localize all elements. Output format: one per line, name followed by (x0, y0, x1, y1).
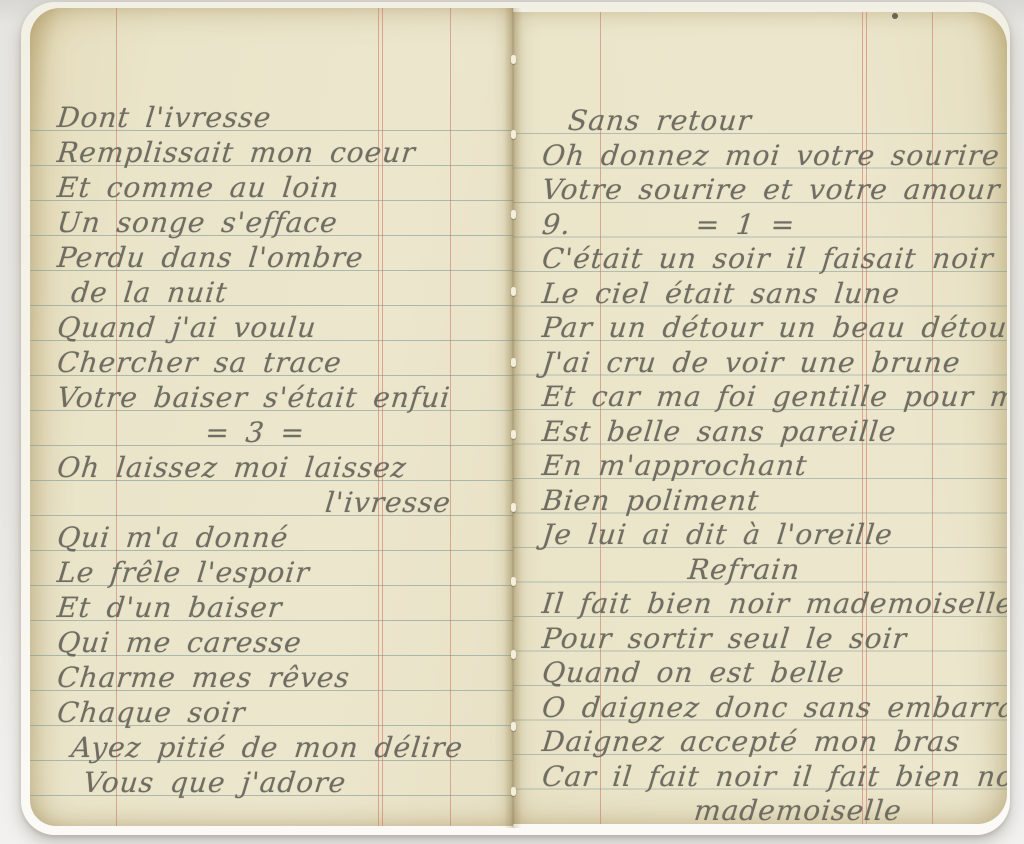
poem-line: Car il fait noir il fait bien noir (541, 754, 1007, 789)
poem-line: mademoiselle (541, 788, 1007, 823)
poem-line: Chaque soir (56, 690, 512, 725)
poem-line: Pour sortir seul le soir (541, 616, 1007, 651)
poem-line: J'ai cru de voir une brune (541, 340, 1007, 375)
binding-stitch (511, 287, 516, 296)
poem-line: Je lui ai dit à l'oreille (541, 512, 1007, 547)
binding-stitch (511, 787, 516, 796)
poem-line: l'ivresse (56, 480, 512, 515)
binding-stitch (511, 130, 516, 139)
binding-stitch (511, 650, 516, 659)
poem-line: Le ciel était sans lune (541, 271, 1007, 306)
poem-line: En m'approchant (541, 443, 1007, 478)
poem-line: Oh donnez moi votre sourire (541, 133, 1007, 168)
poem-line: Quand j'ai voulu (56, 305, 512, 340)
poem-line: Ayez pitié de mon délire (56, 725, 512, 760)
poem-line: Par un détour un beau détour (541, 305, 1007, 340)
poem-line: Dont l'ivresse (56, 95, 512, 130)
left-page-text-column: Dont l'ivresse Remplissait mon coeur Et … (56, 95, 508, 795)
poem-line: Et comme au loin (56, 165, 512, 200)
poem-line: Qui me caresse (56, 620, 512, 655)
poem-line: Votre sourire et votre amour (541, 167, 1007, 202)
poem-line: Quand on est belle (541, 650, 1007, 685)
poem-line: Et d'un baiser (56, 585, 512, 620)
binding-stitch (511, 503, 516, 512)
stanza-marker: = 3 = (56, 410, 512, 445)
binding-stitch (511, 577, 516, 586)
poem-line: Il fait bien noir mademoiselle (541, 581, 1007, 616)
poem-line: Daignez accepté mon bras (541, 719, 1007, 754)
right-page-text-column: Sans retour Oh donnez moi votre sourire … (541, 98, 1005, 823)
poem-line: Bien poliment (541, 478, 1007, 513)
binding-stitch (511, 358, 516, 367)
poem-line: Et car ma foi gentille pour moi (541, 374, 1007, 409)
page-right: Sans retour Oh donnez moi votre sourire … (513, 12, 1007, 824)
poem-line: Un songe s'efface (56, 200, 512, 235)
stanza-number: 9. (541, 202, 573, 237)
poem-line: Remplissait mon coeur (56, 130, 512, 165)
stanza-marker: = 1 = (570, 202, 1007, 237)
poem-line: Chercher sa trace (56, 340, 512, 375)
binding-stitch (511, 430, 516, 439)
poem-line: Oh laissez moi laissez (56, 445, 512, 480)
poem-line: Charme mes rêves (56, 655, 512, 690)
poem-line: Qui m'a donné (56, 515, 512, 550)
binding-stitch (511, 722, 516, 731)
binding-seam (504, 8, 522, 828)
poem-line: Votre baiser s'était enfui (56, 375, 512, 410)
stanza-marker-row: 9. = 1 = (541, 202, 1007, 237)
poem-line: O daignez donc sans embarras (541, 685, 1007, 720)
poem-line: Vous que j'adore (56, 760, 512, 795)
page-left: Dont l'ivresse Remplissait mon coeur Et … (30, 8, 513, 826)
poem-line: Sans retour (541, 98, 1007, 133)
poem-line: C'était un soir il faisait noir (541, 236, 1007, 271)
poem-line: de la nuit (56, 270, 512, 305)
binding-stitch (511, 210, 516, 219)
poem-line: Perdu dans l'ombre (56, 235, 512, 270)
poem-line: Est belle sans pareille (541, 409, 1007, 444)
ink-spot (892, 13, 898, 19)
poem-line: Le frêle l'espoir (56, 550, 512, 585)
binding-stitch (511, 55, 516, 64)
refrain-heading: Refrain (541, 547, 1007, 582)
